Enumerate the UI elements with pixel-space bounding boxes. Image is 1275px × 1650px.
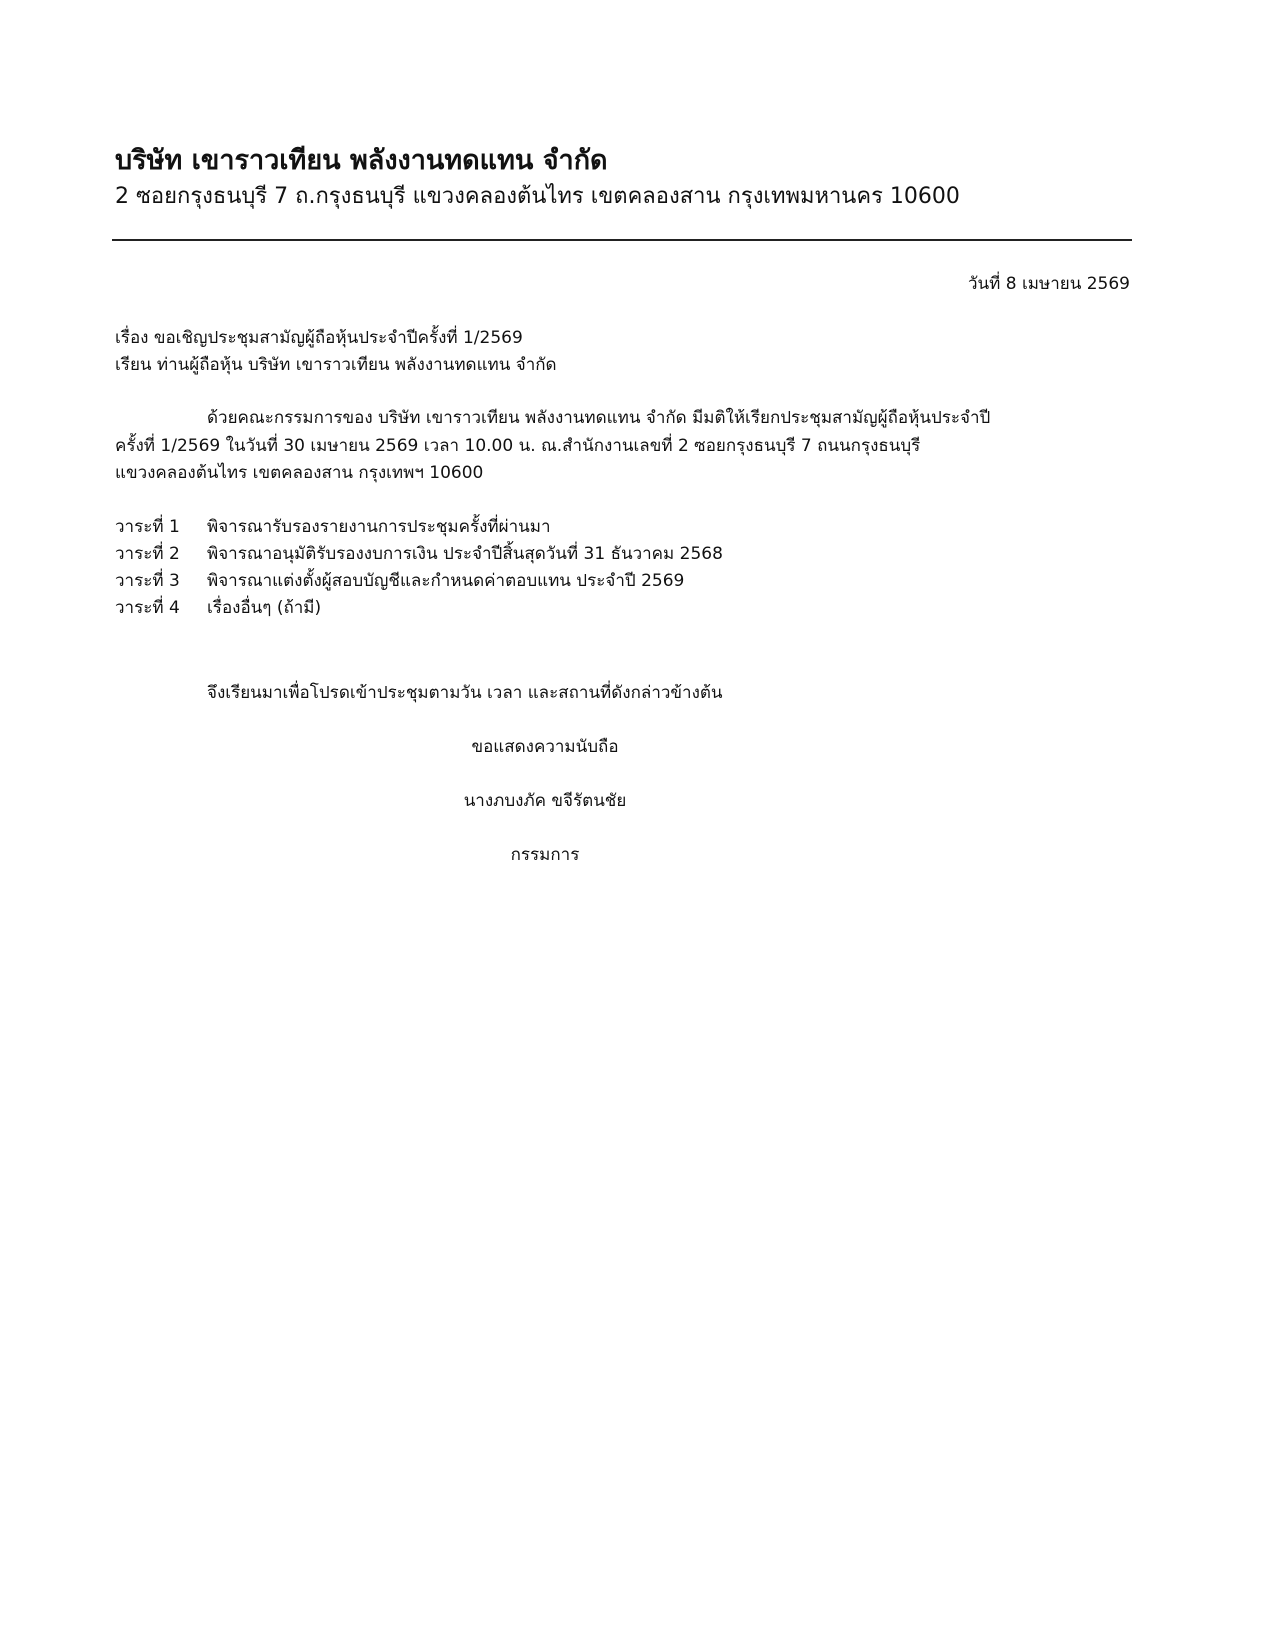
agenda-text: พิจารณาอนุมัติรับรองงบการเงิน ประจำปีสิ้… xyxy=(207,540,723,567)
letter-recipient: เรียน ท่านผู้ถือหุ้น บริษัท เขาราวเทียน … xyxy=(115,351,557,378)
agenda-item: วาระที่ 4 เรื่องอื่นๆ (ถ้ามี) xyxy=(115,594,723,621)
body-line: ด้วยคณะกรรมการของ บริษัท เขาราวเทียน พลั… xyxy=(115,405,1125,433)
agenda-label: วาระที่ 3 xyxy=(115,567,207,594)
letter-date: วันที่ 8 เมษายน 2569 xyxy=(968,270,1130,297)
agenda-item: วาระที่ 3 พิจารณาแต่งตั้งผู้สอบบัญชีและก… xyxy=(115,567,723,594)
letter-subject: เรื่อง ขอเชิญประชุมสามัญผู้ถือหุ้นประจำป… xyxy=(115,324,523,351)
body-line: ครั้งที่ 1/2569 ในวันที่ 30 เมษายน 2569 … xyxy=(115,433,1125,461)
body-line: แขวงคลองต้นไทร เขตคลองสาน กรุงเทพฯ 10600 xyxy=(115,460,1125,488)
agenda-label: วาระที่ 4 xyxy=(115,594,207,621)
agenda-item: วาระที่ 2 พิจารณาอนุมัติรับรองงบการเงิน … xyxy=(115,540,723,567)
body-paragraph: ด้วยคณะกรรมการของ บริษัท เขาราวเทียน พลั… xyxy=(115,405,1125,488)
agenda-text: พิจารณารับรองรายงานการประชุมครั้งที่ผ่าน… xyxy=(207,513,551,540)
regards-line: ขอแสดงความนับถือ xyxy=(420,733,670,760)
agenda-list: วาระที่ 1 พิจารณารับรองรายงานการประชุมคร… xyxy=(115,513,723,621)
letter-page: บริษัท เขาราวเทียน พลังงานทดแทน จำกัด 2 … xyxy=(0,0,1275,1650)
company-address: 2 ซอยกรุงธนบุรี 7 ถ.กรุงธนบุรี แขวงคลองต… xyxy=(115,178,960,213)
closing-statement: จึงเรียนมาเพื่อโปรดเข้าประชุมตามวัน เวลา… xyxy=(207,679,723,706)
agenda-label: วาระที่ 1 xyxy=(115,513,207,540)
agenda-label: วาระที่ 2 xyxy=(115,540,207,567)
signer-title: กรรมการ xyxy=(420,841,670,868)
agenda-item: วาระที่ 1 พิจารณารับรองรายงานการประชุมคร… xyxy=(115,513,723,540)
company-name: บริษัท เขาราวเทียน พลังงานทดแทน จำกัด xyxy=(115,138,608,181)
agenda-text: เรื่องอื่นๆ (ถ้ามี) xyxy=(207,594,321,621)
signer-name: นางภบงภัค ขจีรัตนชัย xyxy=(420,787,670,814)
agenda-text: พิจารณาแต่งตั้งผู้สอบบัญชีและกำหนดค่าตอบ… xyxy=(207,567,684,594)
header-divider xyxy=(112,239,1132,241)
